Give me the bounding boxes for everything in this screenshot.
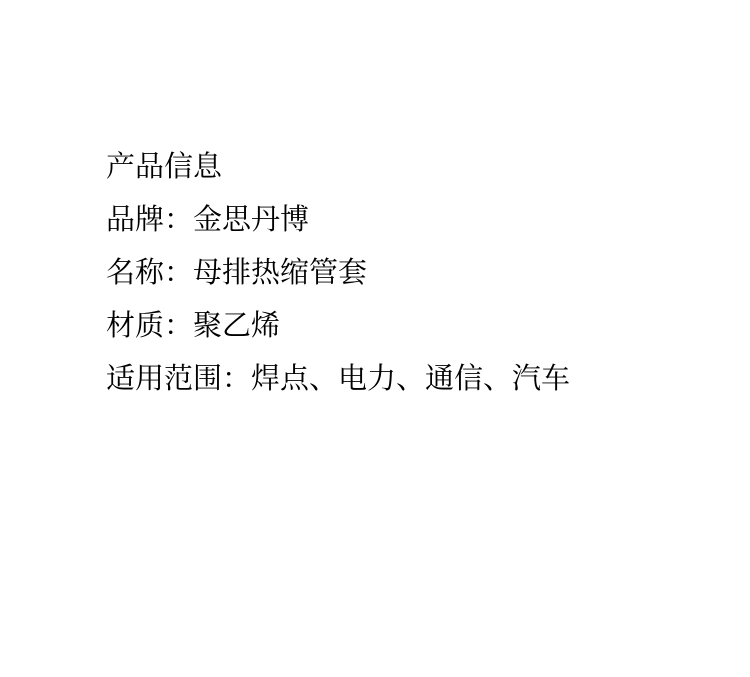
field-brand: 品牌：金思丹博 (106, 193, 570, 246)
field-value: 焊点、电力、通信、汽车 (251, 361, 570, 395)
field-value: 聚乙烯 (193, 308, 280, 342)
field-separator: ： (222, 361, 251, 395)
field-label: 品牌 (106, 202, 164, 236)
product-info-title: 产品信息 (106, 140, 570, 193)
field-separator: ： (164, 255, 193, 289)
field-material: 材质：聚乙烯 (106, 299, 570, 352)
field-name: 名称：母排热缩管套 (106, 246, 570, 299)
field-application: 适用范围：焊点、电力、通信、汽车 (106, 352, 570, 405)
field-value: 母排热缩管套 (193, 255, 367, 289)
field-label: 名称 (106, 255, 164, 289)
field-label: 适用范围 (106, 361, 222, 395)
field-separator: ： (164, 202, 193, 236)
field-label: 材质 (106, 308, 164, 342)
product-info-block: 产品信息 品牌：金思丹博 名称：母排热缩管套 材质：聚乙烯 适用范围：焊点、电力… (106, 140, 570, 405)
field-value: 金思丹博 (193, 202, 309, 236)
field-separator: ： (164, 308, 193, 342)
